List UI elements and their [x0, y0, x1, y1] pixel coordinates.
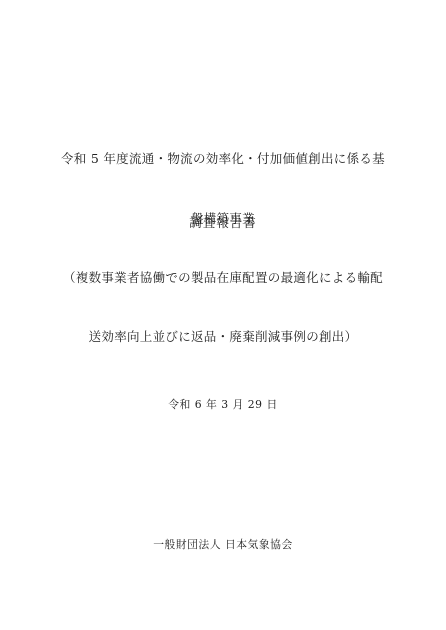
report-title-line-1: 令和 5 年度流通・物流の効率化・付加価値創出に係る基 — [0, 149, 446, 169]
publication-date: 令和 6 年 3 月 29 日 — [0, 394, 446, 416]
report-title: 令和 5 年度流通・物流の効率化・付加価値創出に係る基 盤構築事業 （複数事業者… — [0, 110, 446, 386]
report-subtitle-line-2: 送効率向上並びに返品・廃棄削減事例の創出） — [0, 327, 446, 347]
report-cover-page: 令和 5 年度流通・物流の効率化・付加価値創出に係る基 盤構築事業 （複数事業者… — [0, 0, 446, 630]
report-subtitle-line-1: （複数事業者協働での製品在庫配置の最適化による輸配 — [0, 268, 446, 288]
document-type-label: 調査報告書 — [0, 213, 446, 233]
organization-name: 一般財団法人 日本気象協会 — [0, 534, 446, 556]
